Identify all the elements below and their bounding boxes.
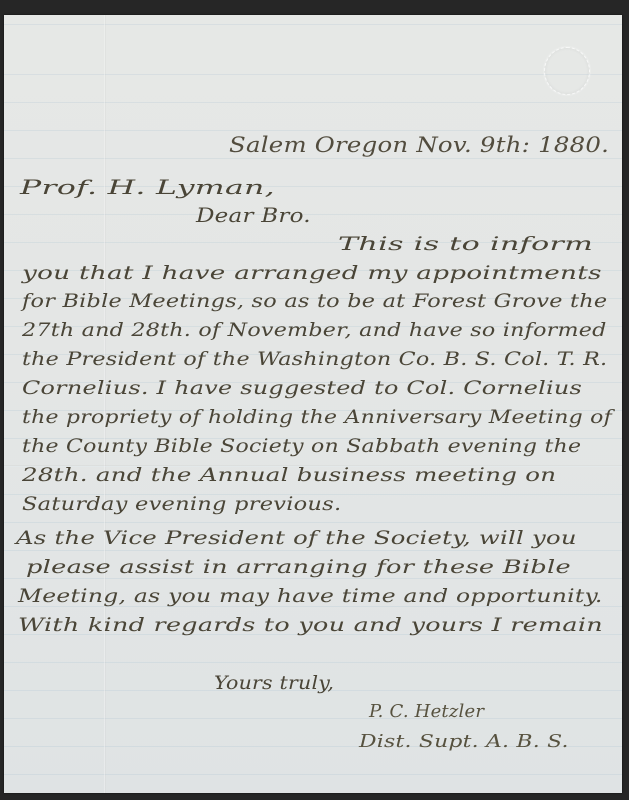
- embossed-stamp-icon: [544, 47, 590, 95]
- body-line: the President of the Washington Co. B. S…: [22, 348, 607, 370]
- body-line: 27th and 28th. of November, and have so …: [22, 319, 607, 341]
- closing: Yours truly,: [214, 672, 334, 694]
- scan-background: Salem Oregon Nov. 9th: 1880. Prof. H. Ly…: [0, 0, 629, 800]
- body-line: please assist in arranging for these Bib…: [26, 556, 571, 578]
- body-line: you that I have arranged my appointments: [22, 262, 602, 284]
- letter-page: Salem Oregon Nov. 9th: 1880. Prof. H. Ly…: [4, 15, 622, 793]
- vertical-fold-crease: [104, 15, 106, 793]
- body-line: 28th. and the Annual business meeting on: [22, 464, 556, 486]
- body-line: Cornelius. I have suggested to Col. Corn…: [22, 377, 582, 399]
- body-line: Saturday evening previous.: [22, 493, 341, 515]
- body-line: With kind regards to you and yours I rem…: [18, 614, 603, 636]
- signature: P. C. Hetzler: [369, 701, 484, 722]
- body-line: for Bible Meetings, so as to be at Fores…: [22, 290, 607, 312]
- recipient-name: Prof. H. Lyman,: [20, 175, 275, 199]
- body-line: This is to inform: [338, 233, 593, 255]
- body-line: the County Bible Society on Sabbath even…: [22, 435, 581, 457]
- dateline: Salem Oregon Nov. 9th: 1880.: [229, 133, 609, 157]
- body-line: the propriety of holding the Anniversary…: [22, 406, 612, 428]
- salutation: Dear Bro.: [196, 203, 311, 227]
- signature-title: Dist. Supt. A. B. S.: [359, 731, 569, 752]
- body-line: Meeting, as you may have time and opport…: [18, 585, 603, 607]
- body-line: As the Vice President of the Society, wi…: [16, 527, 577, 549]
